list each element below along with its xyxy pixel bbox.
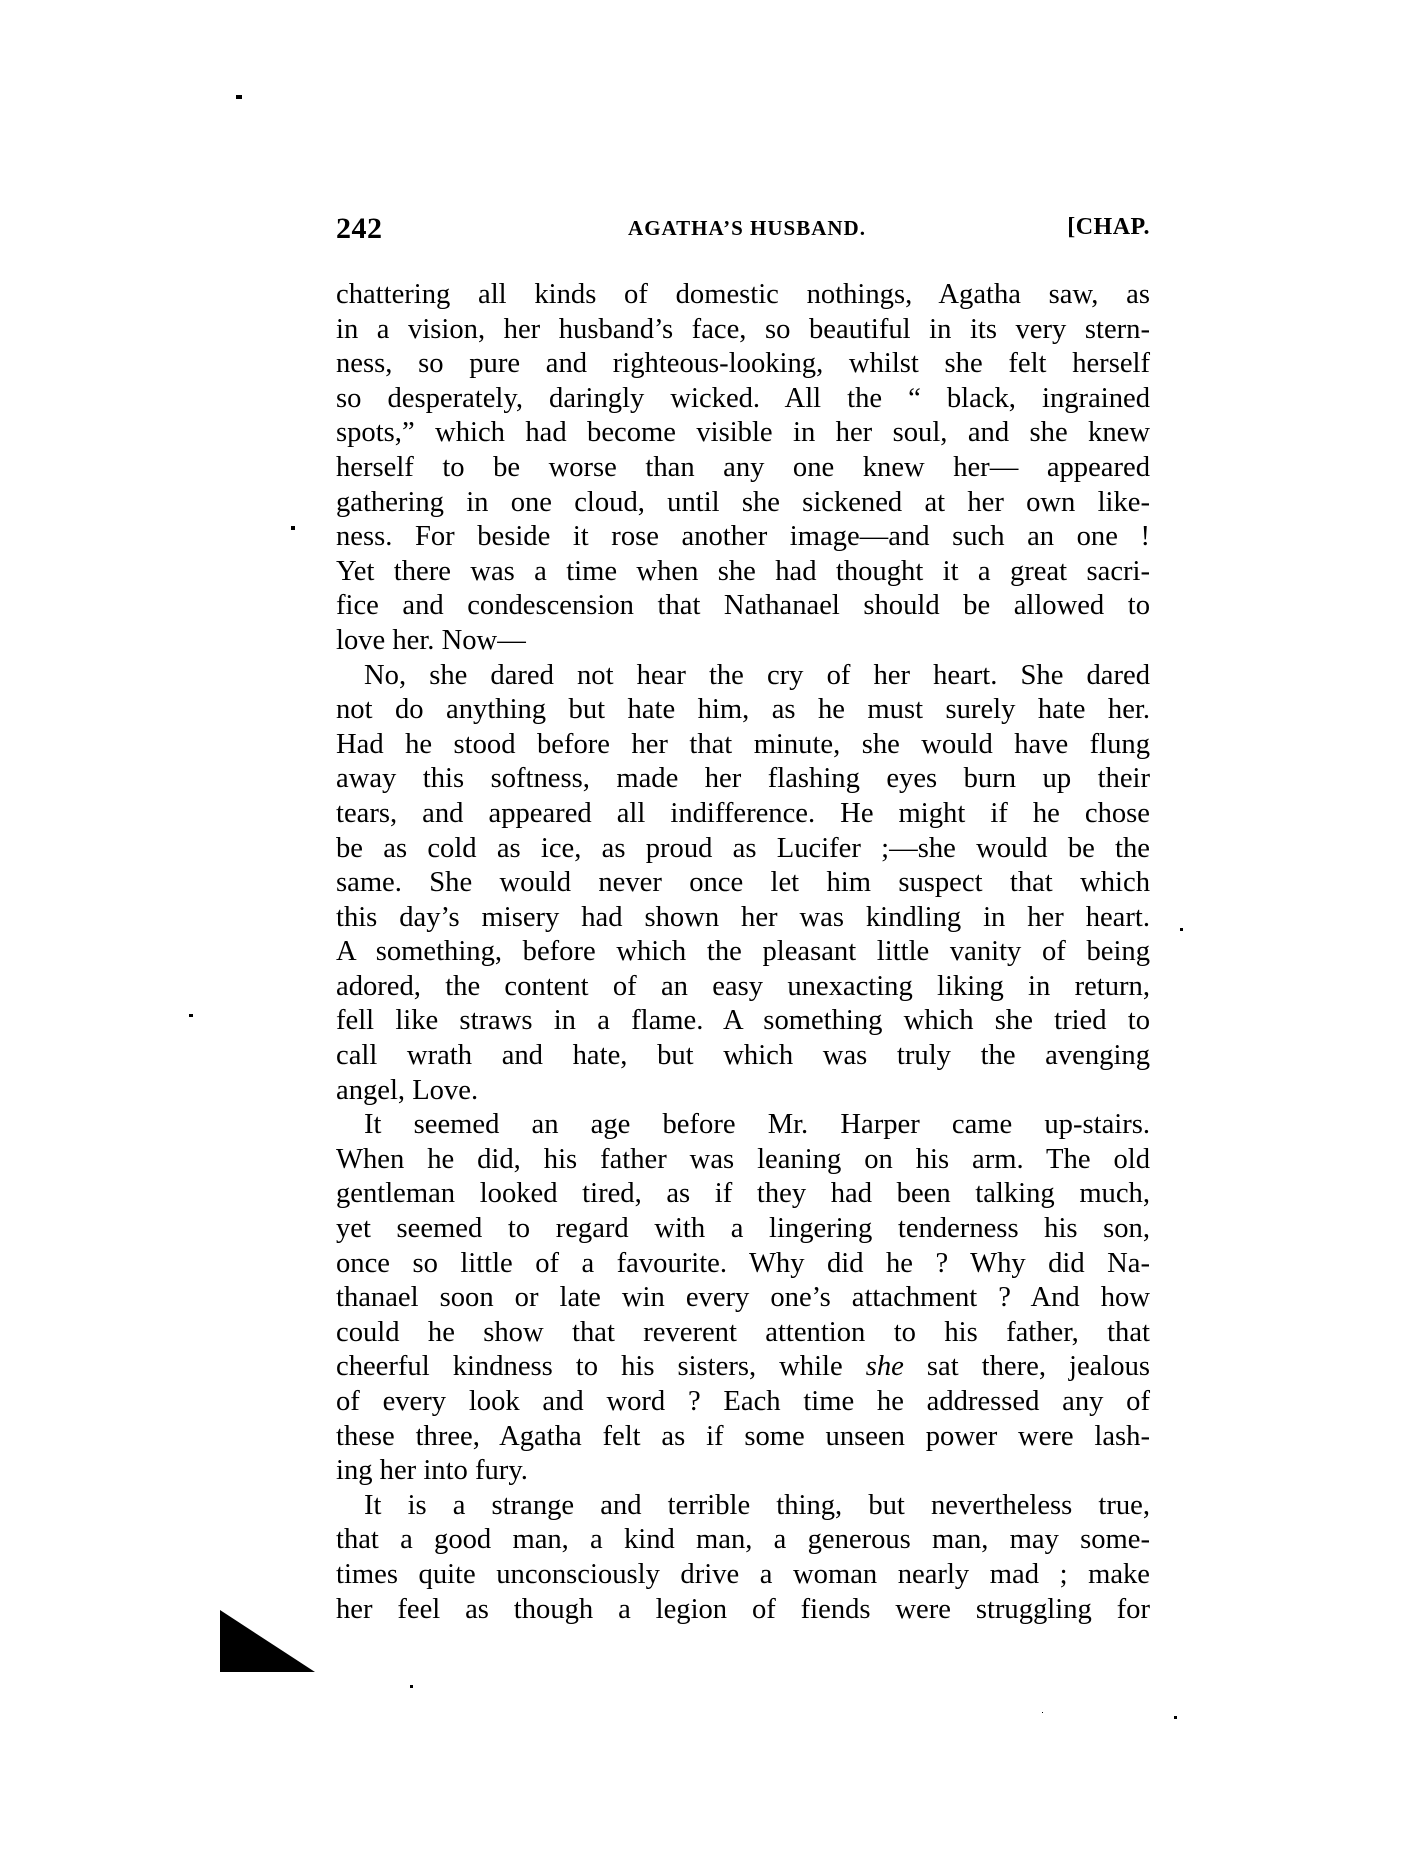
text-line: fell like straws in a flame. A something…	[336, 1004, 1150, 1039]
text-line: yet seemed to regard with a lingering te…	[336, 1212, 1150, 1247]
text-line: chattering all kinds of domestic nothing…	[336, 278, 1150, 313]
text-line: ness, so pure and righteous-looking, whi…	[336, 347, 1150, 382]
scan-speck	[410, 1685, 413, 1688]
text-line: It seemed an age before Mr. Harper came …	[336, 1108, 1150, 1143]
text-line: A something, before which the pleasant l…	[336, 935, 1150, 970]
scan-speck	[1042, 1712, 1043, 1713]
text-line: No, she dared not hear the cry of her he…	[336, 659, 1150, 694]
chapter-marker: [CHAP.	[1067, 214, 1150, 241]
scan-speck	[236, 95, 242, 99]
text-line: adored, the content of an easy unexactin…	[336, 970, 1150, 1005]
text-line: gentleman looked tired, as if they had b…	[336, 1177, 1150, 1212]
running-title: AGATHA’S HUSBAND.	[336, 216, 1150, 241]
text-line: It is a strange and terrible thing, but …	[336, 1489, 1150, 1524]
running-header: 242 AGATHA’S HUSBAND. [CHAP.	[336, 212, 1150, 252]
text-line: Yet there was a time when she had though…	[336, 555, 1150, 590]
text-line: so desperately, daringly wicked. All the…	[336, 382, 1150, 417]
text-line: angel, Love.	[336, 1074, 1150, 1109]
scan-speck	[1180, 928, 1183, 931]
text-line: that a good man, a kind man, a generous …	[336, 1523, 1150, 1558]
scan-corner-shadow	[220, 1610, 315, 1672]
text-line: gathering in one cloud, until she sicken…	[336, 486, 1150, 521]
text-line: tears, and appeared all indifference. He…	[336, 797, 1150, 832]
text-line: could he show that reverent attention to…	[336, 1316, 1150, 1351]
text-line: ing her into fury.	[336, 1454, 1150, 1489]
text-line: in a vision, her husband’s face, so beau…	[336, 313, 1150, 348]
text-line: call wrath and hate, but which was truly…	[336, 1039, 1150, 1074]
text-line: same. She would never once let him suspe…	[336, 866, 1150, 901]
text-line: herself to be worse than any one knew he…	[336, 451, 1150, 486]
text-line: once so little of a favourite. Why did h…	[336, 1247, 1150, 1282]
text-line: fice and condescension that Nathanael sh…	[336, 589, 1150, 624]
body-text: chattering all kinds of domestic nothing…	[336, 278, 1150, 1627]
text-line: her feel as though a legion of fiends we…	[336, 1593, 1150, 1628]
text-line: cheerful kindness to his sisters, while …	[336, 1350, 1150, 1385]
text-line: times quite unconsciously drive a woman …	[336, 1558, 1150, 1593]
text-line: Had he stood before her that minute, she…	[336, 728, 1150, 763]
text-line: these three, Agatha felt as if some unse…	[336, 1420, 1150, 1455]
text-line: of every look and word ? Each time he ad…	[336, 1385, 1150, 1420]
text-line: love her. Now—	[336, 624, 1150, 659]
text-line: not do anything but hate him, as he must…	[336, 693, 1150, 728]
scan-speck	[189, 1014, 193, 1017]
emphasis: she	[866, 1351, 904, 1382]
text-line: When he did, his father was leaning on h…	[336, 1143, 1150, 1178]
scan-speck	[1174, 1716, 1177, 1719]
text-line: thanael soon or late win every one’s att…	[336, 1281, 1150, 1316]
text-line: this day’s misery had shown her was kind…	[336, 901, 1150, 936]
text-line: ness. For beside it rose another image—a…	[336, 520, 1150, 555]
text-line: spots,” which had become visible in her …	[336, 416, 1150, 451]
scan-speck	[291, 526, 295, 530]
text-line: away this softness, made her flashing ey…	[336, 762, 1150, 797]
text-line: be as cold as ice, as proud as Lucifer ;…	[336, 832, 1150, 867]
